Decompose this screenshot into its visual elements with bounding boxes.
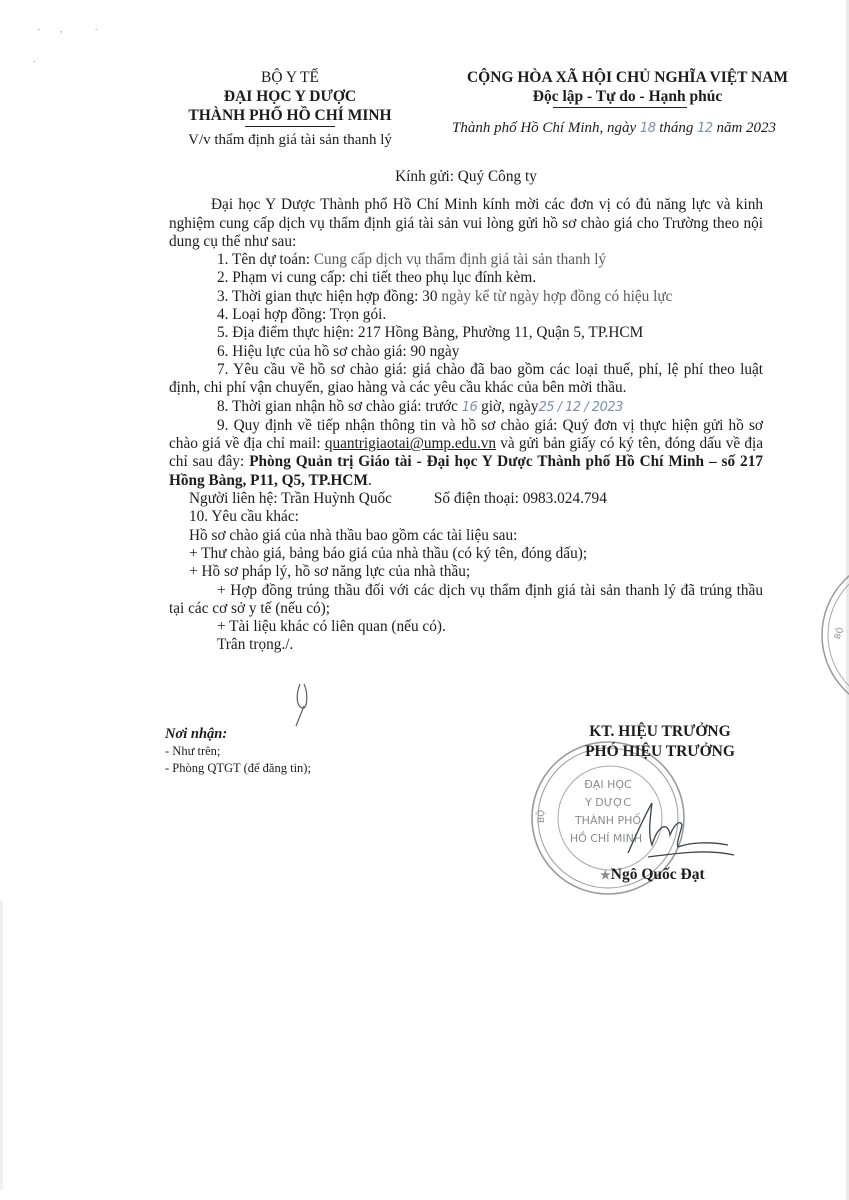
delivery-address: Phòng Quản trị Giáo tài - Đại học Y Dược…: [169, 453, 763, 488]
issuer-header: BỘ Y TẾ ĐẠI HỌC Y DƯỢC THÀNH PHỐ HỒ CHÍ …: [160, 68, 420, 150]
salutation: Kính gửi: Quý Công ty: [169, 168, 763, 186]
handwritten-signature: [618, 795, 738, 865]
national-header: CỘNG HÒA XÃ HỘI CHỦ NGHĨA VIỆT NAM Độc l…: [430, 68, 825, 108]
recipients-title: Nơi nhận:: [165, 726, 311, 743]
handwritten-day: 18: [640, 121, 656, 136]
document-page: . , . . BỘ Y TẾ ĐẠI HỌC Y DƯỢC THÀNH PHỐ…: [0, 0, 849, 1200]
contact-line: Người liên hệ: Trần Huỳnh Quốc Số điện t…: [169, 490, 763, 508]
item-8: 8. Thời gian nhận hồ sơ chào giá: trước …: [169, 398, 763, 417]
university-name-line2: THÀNH PHỐ HỒ CHÍ MINH: [160, 106, 420, 125]
handwritten-hour: 16: [462, 400, 478, 415]
date-prefix: Thành phố Hồ Chí Minh, ngày: [452, 120, 636, 136]
svg-text:ĐẠI HỌC: ĐẠI HỌC: [584, 778, 632, 791]
recipient-item: - Phòng QTGT (để đăng tin);: [165, 760, 311, 777]
handwritten-month: 12: [697, 121, 713, 136]
handwritten-deadline-date: 25 / 12 / 2023: [538, 400, 622, 415]
stamp-star-icon: ★: [600, 868, 611, 882]
signer-title-block: KT. HIỆU TRƯỞNG PHÓ HIỆU TRƯỞNG: [560, 722, 760, 762]
item-6: 6. Hiệu lực của hồ sơ chào giá: 90 ngày: [169, 343, 763, 361]
recipient-item: - Như trên;: [165, 743, 311, 760]
item-3: 3. Thời gian thực hiện hợp đồng: 30 ngày…: [169, 288, 763, 306]
document-subject: V/v thẩm định giá tài sản thanh lý: [160, 131, 420, 150]
header-rule: [245, 126, 335, 127]
scan-speck: ,: [60, 24, 62, 34]
doc-requirement: + Tài liệu khác có liên quan (nếu có).: [169, 618, 763, 636]
contact-email-link[interactable]: quantrigiaotai@ump.edu.vn: [325, 435, 496, 452]
scan-speck: .: [33, 54, 35, 64]
item-2: 2. Phạm vi cung cấp: chi tiết theo phụ l…: [169, 269, 763, 287]
university-name-line1: ĐẠI HỌC Y DƯỢC: [160, 87, 420, 106]
scan-speck: .: [38, 22, 40, 32]
motto-rule: [553, 107, 687, 108]
initial-signature-mark: [292, 680, 322, 730]
item-9: 9. Quy định về tiếp nhận thông tin và hồ…: [169, 417, 763, 490]
recipients-block: Nơi nhận: - Như trên; - Phòng QTGT (để đ…: [165, 726, 311, 777]
svg-text:BỘ: BỘ: [535, 810, 547, 823]
doc-requirement: + Thư chào giá, bảng báo giá của nhà thầ…: [169, 545, 763, 563]
signer-title-line2: PHÓ HIỆU TRƯỞNG: [560, 742, 760, 762]
date-line: Thành phố Hồ Chí Minh, ngày 18 tháng 12 …: [452, 120, 776, 137]
item-10-title: 10. Yêu cầu khác:: [169, 508, 763, 526]
item-10-lead: Hồ sơ chào giá của nhà thầu bao gồm các …: [169, 527, 763, 545]
intro-paragraph: Đại học Y Dược Thành phố Hồ Chí Minh kín…: [169, 196, 763, 251]
date-year: năm 2023: [716, 120, 776, 136]
date-month-label: tháng: [659, 120, 693, 136]
item-5: 5. Địa điểm thực hiện: 217 Hồng Bàng, Ph…: [169, 324, 763, 342]
doc-requirement: + Hồ sơ pháp lý, hồ sơ năng lực của nhà …: [169, 563, 763, 581]
country-name: CỘNG HÒA XÃ HỘI CHỦ NGHĨA VIỆT NAM: [430, 68, 825, 87]
item-7: 7. Yêu cầu về hồ sơ chào giá: giá chào đ…: [169, 361, 763, 398]
doc-requirement: + Hợp đồng trúng thầu đối với các dịch v…: [169, 582, 763, 619]
letter-body: Kính gửi: Quý Công ty Đại học Y Dược Thà…: [169, 168, 763, 655]
closing-remark: Trân trọng./.: [169, 636, 763, 654]
contact-phone: Số điện thoại: 0983.024.794: [434, 490, 607, 508]
partial-seal-edge: BỘ: [810, 545, 849, 725]
contact-person: Người liên hệ: Trần Huỳnh Quốc: [189, 490, 392, 508]
signer-name-line: ★Ngô Quốc Đạt: [600, 866, 705, 884]
national-motto: Độc lập - Tự do - Hạnh phúc: [430, 87, 825, 106]
signer-title-line1: KT. HIỆU TRƯỞNG: [560, 722, 760, 742]
svg-text:BỘ: BỘ: [831, 625, 845, 640]
item-4: 4. Loại hợp đồng: Trọn gói.: [169, 306, 763, 324]
scan-speck: .: [95, 22, 97, 32]
scan-edge-left: [0, 900, 3, 1190]
signer-name: Ngô Quốc Đạt: [611, 866, 705, 883]
item-1: 1. Tên dự toán: Cung cấp dịch vụ thẩm đị…: [169, 251, 763, 269]
ministry-name: BỘ Y TẾ: [160, 68, 420, 87]
